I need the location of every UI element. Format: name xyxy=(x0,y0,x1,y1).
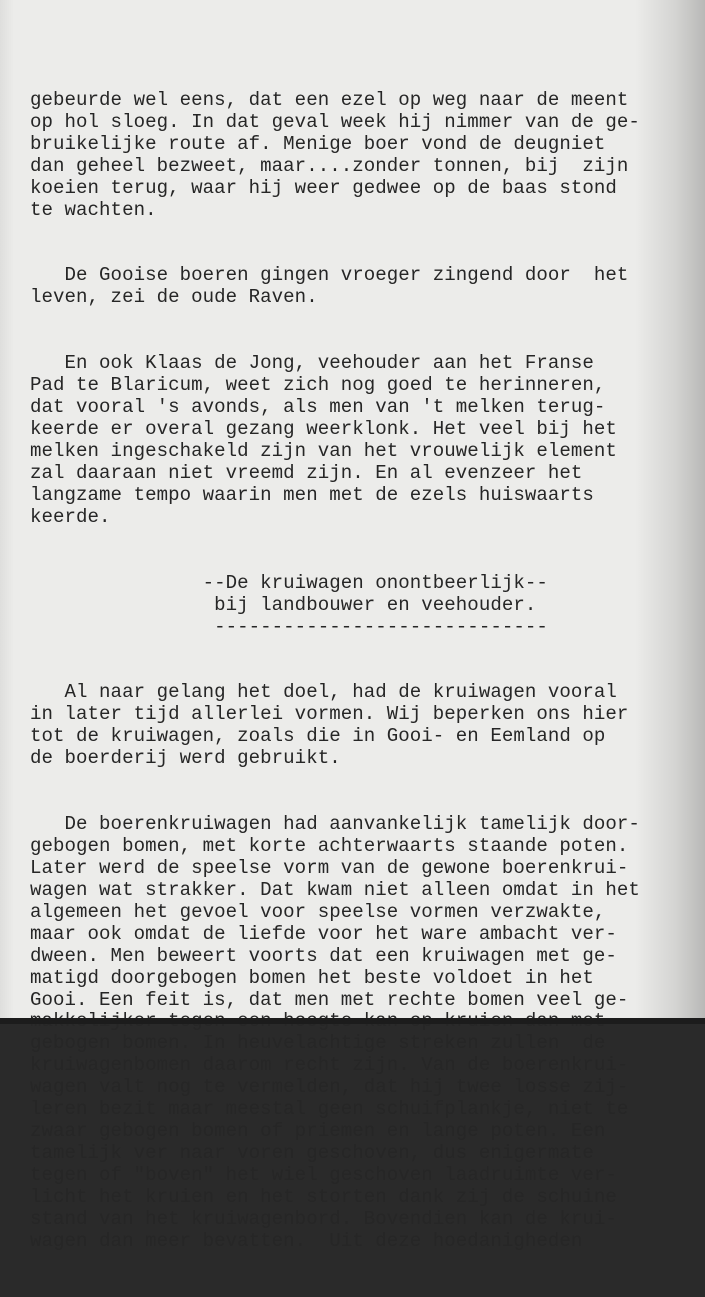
paragraph-kruiwagen-vormen: Al naar gelang het doel, had de kruiwage… xyxy=(30,682,640,770)
text-line: op hol sloeg. In dat geval week hij nimm… xyxy=(30,112,640,134)
text-line: melken ingeschakeld zijn van het vrouwel… xyxy=(30,441,640,463)
text-line: leven, zei de oude Raven. xyxy=(30,287,640,309)
text-line: bruikelijke route af. Menige boer vond d… xyxy=(30,134,640,156)
text-line: dween. Men beweert voorts dat een kruiwa… xyxy=(30,946,640,968)
paragraph-ezel: gebeurde wel eens, dat een ezel op weg n… xyxy=(30,90,640,222)
page-text: gebeurde wel eens, dat een ezel op weg n… xyxy=(30,46,640,1024)
heading-line: --De kruiwagen onontbeerlijk-- xyxy=(30,573,640,595)
heading-line: bij landbouwer en veehouder. xyxy=(30,595,640,617)
text-line: langzame tempo waarin men met de ezels h… xyxy=(30,485,640,507)
paragraph-boerenkruiwagen: De boerenkruiwagen had aanvankelijk tame… xyxy=(30,814,640,1024)
text-line: te wachten. xyxy=(30,200,640,222)
text-line: matigd doorgebogen bomen het beste voldo… xyxy=(30,968,640,990)
text-line: tot de kruiwagen, zoals die in Gooi- en … xyxy=(30,726,640,748)
text-line: maar ook omdat de liefde voor het ware a… xyxy=(30,924,640,946)
text-line: keerde er overal gezang weerklonk. Het v… xyxy=(30,419,640,441)
text-line: Al naar gelang het doel, had de kruiwage… xyxy=(30,682,640,704)
text-line: zal daaraan niet vreemd zijn. En al even… xyxy=(30,463,640,485)
paragraph-klaas-de-jong: En ook Klaas de Jong, veehouder aan het … xyxy=(30,353,640,529)
text-line: gebogen bomen, met korte achterwaarts st… xyxy=(30,836,640,858)
text-line: Gooi. Een feit is, dat men met rechte bo… xyxy=(30,990,640,1012)
text-line: De Gooise boeren gingen vroeger zingend … xyxy=(30,265,640,287)
text-line: dat vooral 's avonds, als men van 't mel… xyxy=(30,397,640,419)
typewritten-page: gebeurde wel eens, dat een ezel op weg n… xyxy=(0,0,705,1018)
text-line: wagen wat strakker. Dat kwam niet alleen… xyxy=(30,880,640,902)
text-line: koeien terug, waar hij weer gedwee op de… xyxy=(30,178,640,200)
section-heading: --De kruiwagen onontbeerlijk-- bij landb… xyxy=(30,573,640,639)
text-line: En ook Klaas de Jong, veehouder aan het … xyxy=(30,353,640,375)
text-line: Pad te Blaricum, weet zich nog goed te h… xyxy=(30,375,640,397)
text-line: in later tijd allerlei vormen. Wij beper… xyxy=(30,704,640,726)
paragraph-gooise-boeren: De Gooise boeren gingen vroeger zingend … xyxy=(30,265,640,309)
text-line: keerde. xyxy=(30,507,640,529)
text-line: de boerderij werd gebruikt. xyxy=(30,748,640,770)
text-line: Later werd de speelse vorm van de gewone… xyxy=(30,858,640,880)
text-line: dan geheel bezweet, maar....zonder tonne… xyxy=(30,156,640,178)
scan-bottom-edge xyxy=(0,1018,705,1024)
text-line: gebeurde wel eens, dat een ezel op weg n… xyxy=(30,90,640,112)
text-line: De boerenkruiwagen had aanvankelijk tame… xyxy=(30,814,640,836)
text-line: algemeen het gevoel voor speelse vormen … xyxy=(30,902,640,924)
heading-underline: ----------------------------- xyxy=(30,617,640,639)
